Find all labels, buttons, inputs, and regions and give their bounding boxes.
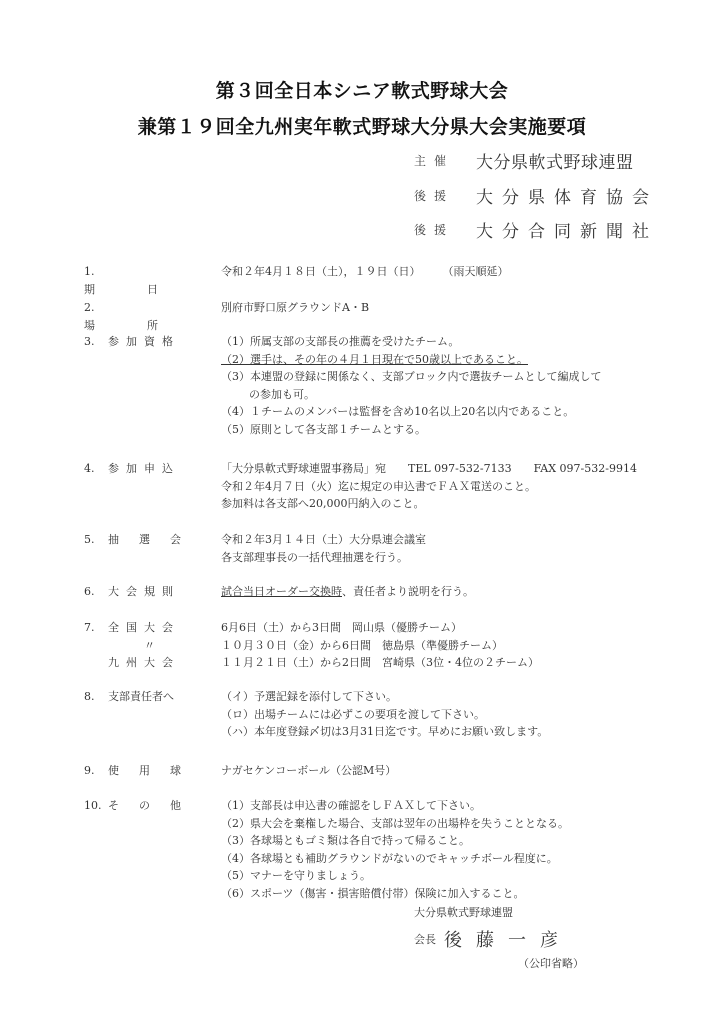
section-label: 5.抽選会 [84,531,214,549]
section-label: 8.支部責任者へ [84,688,214,706]
seal-note: （公印省略） [518,955,584,971]
section-body: （1）所属支部の支部長の推薦を受けたチーム。 （2）選手は、その年の４月１日現在… [221,333,651,438]
organizer-role: 後援 [414,187,476,204]
section-label: 4.参加申込 [84,460,214,478]
president-title: 会長 [414,933,436,946]
section-body: （1）支部長は申込書の確認をしＦＡＸして下さい。 （2）県大会を棄権した場合、支… [221,797,651,902]
section-label: 3.参加資格 [84,333,214,351]
section-label: 7.全国大会 [84,619,214,637]
signature-president: 会長後藤一彦 [414,926,572,952]
section-label: 2.場所 [84,299,214,334]
tel-number: TEL 097-532-7133 [408,462,512,475]
section-body: 令和２年4月１８日（土），１９日（日）（雨天順延） [221,263,651,281]
fax-number: FAX 097-532-9914 [534,462,637,475]
section-label: 9.使用球 [84,762,214,780]
organizer-host: 主催大分県軟式野球連盟 [414,148,634,173]
organizer-sponsor-2: 後援大分合同新聞社 [414,217,658,242]
section-label: 10.その他 [84,797,214,815]
organizer-role: 主催 [414,152,476,169]
section-body: 「大分県軟式野球連盟事務局」宛TEL 097-532-7133FAX 097-5… [221,460,651,513]
section-body: ナガセケンコーボール（公認M号） [221,762,651,780]
section-body: 令和２年3月１４日（土）大分県連会議室 各支部理事長の一括代理抽選を行う。 [221,531,651,566]
section-body: （イ）予選記録を添付して下さい。 （ロ）出場チームには必ずこの要項を渡して下さい… [221,688,651,741]
rain-note: （雨天順延） [443,265,509,278]
signature-organization: 大分県軟式野球連盟 [414,904,513,920]
document-page: 第３回全日本シニア軟式野球大会 兼第１９回全九州実年軟式野球大分県大会実施要項 … [0,0,724,1024]
section-label-kyushu: 九州大会 [84,654,214,672]
section-label: 1.期日 [84,263,214,298]
organizer-name: 大分合同新聞社 [476,222,658,242]
organizer-role: 後援 [414,221,476,238]
president-name: 後藤一彦 [444,930,572,951]
section-label: 6.大会規則 [84,583,214,601]
organizer-sponsor-1: 後援大分県体育協会 [414,183,658,208]
document-title: 第３回全日本シニア軟式野球大会 [0,76,724,103]
section-body: 試合当日オーダー交換時、責任者より説明を行う。 [221,583,651,601]
document-subtitle: 兼第１９回全九州実年軟式野球大分県大会実施要項 [0,112,724,139]
section-body: 6月6日（土）から3日間 岡山県（優勝チーム） １０月３０日（金）から6日間 徳… [221,619,651,672]
section-body: 別府市野口原グラウンドA・B [221,299,651,317]
organizer-name: 大分県体育協会 [476,188,658,208]
organizer-name: 大分県軟式野球連盟 [476,153,634,173]
